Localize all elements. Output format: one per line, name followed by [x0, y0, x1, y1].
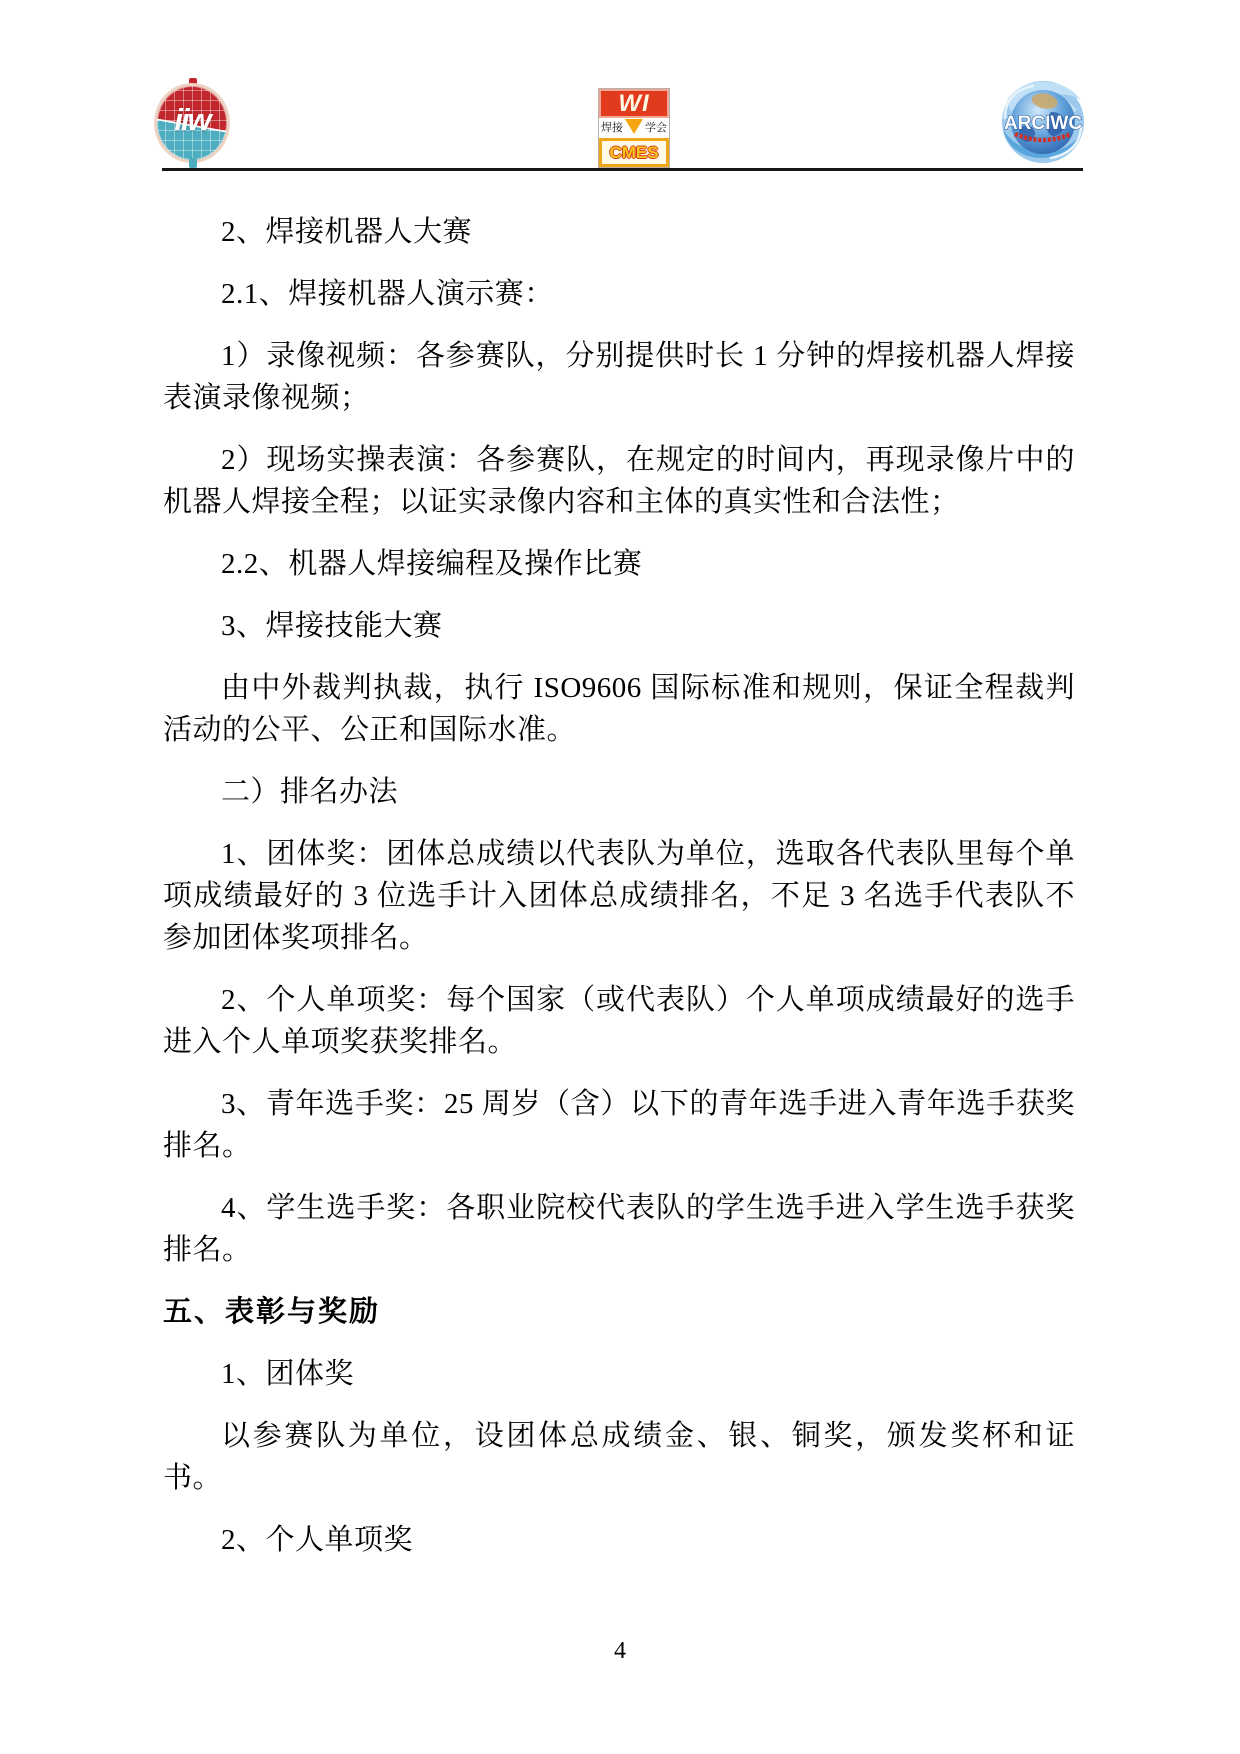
- cmes-logo: WI 焊接 学会 CMES: [598, 88, 670, 168]
- cmes-left-text: 焊接: [601, 123, 623, 134]
- header-divider: [162, 168, 1083, 171]
- document-body: 2、焊接机器人大赛 2.1、焊接机器人演示赛： 1）录像视频：各参赛队，分别提供…: [163, 211, 1075, 1581]
- paragraph: 2.1、焊接机器人演示赛：: [163, 273, 1075, 315]
- paragraph: 1、团体奖: [163, 1353, 1075, 1395]
- paragraph: 2、个人单项奖: [163, 1519, 1075, 1561]
- paragraph: 1）录像视频：各参赛队，分别提供时长 1 分钟的焊接机器人焊接表演录像视频；: [163, 335, 1075, 419]
- iiw-logo-label: iiw: [157, 104, 227, 135]
- page-number: 4: [0, 1637, 1240, 1665]
- iiw-globe-icon: iiw: [154, 83, 230, 163]
- arciwc-logo-label: ARCIWC: [1004, 113, 1082, 134]
- cmes-wi-mark: WI: [599, 89, 669, 118]
- document-page: iiw WI 焊接 学会 CMES: [0, 0, 1240, 1754]
- paragraph: 3、焊接技能大赛: [163, 605, 1075, 647]
- section-heading-awards: 五、表彰与奖励: [163, 1291, 1075, 1333]
- cmes-wi-label: WI: [618, 92, 649, 116]
- paragraph: 2.2、机器人焊接编程及操作比赛: [163, 543, 1075, 585]
- paragraph: 二）排名办法: [163, 771, 1075, 813]
- cmes-triangle-icon: [625, 119, 643, 134]
- paragraph: 2、焊接机器人大赛: [163, 211, 1075, 253]
- cmes-right-text: 学会: [645, 123, 667, 134]
- paragraph: 以参赛队为单位，设团体总成绩金、银、铜奖，颁发奖杯和证书。: [163, 1415, 1075, 1499]
- paragraph: 2）现场实操表演：各参赛队，在规定的时间内，再现录像片中的机器人焊接全程；以证实…: [163, 439, 1075, 523]
- iiw-logo: iiw: [153, 78, 233, 168]
- paragraph: 3、青年选手奖：25 周岁（含）以下的青年选手进入青年选手获奖排名。: [163, 1083, 1075, 1167]
- paragraph: 由中外裁判执裁，执行 ISO9606 国际标准和规则，保证全程裁判活动的公平、公…: [163, 667, 1075, 751]
- cmes-middle-band: 焊接 学会: [599, 118, 669, 138]
- cmes-acronym-label: CMES: [609, 144, 658, 161]
- paragraph: 4、学生选手奖：各职业院校代表队的学生选手进入学生选手获奖排名。: [163, 1187, 1075, 1271]
- cmes-bottom-band: CMES: [599, 138, 669, 167]
- paragraph: 2、个人单项奖：每个国家（或代表队）个人单项成绩最好的选手进入个人单项奖获奖排名…: [163, 979, 1075, 1063]
- paragraph: 1、团体奖：团体总成绩以代表队为单位，选取各代表队里每个单项成绩最好的 3 位选…: [163, 833, 1075, 959]
- arciwc-logo: ARCIWC: [993, 78, 1093, 166]
- iiw-globe-pin-bottom-icon: [189, 158, 197, 168]
